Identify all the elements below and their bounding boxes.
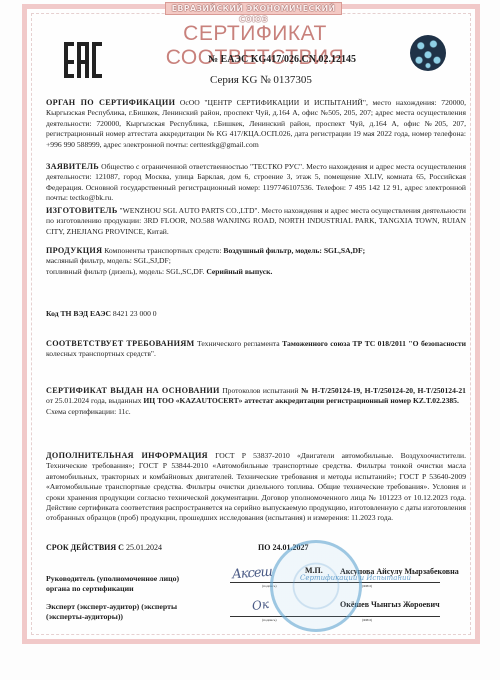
basis-text: Протоколов испытаний [222,386,298,395]
validity-from-date: 25.01.2024 [126,543,162,552]
official-stamp-icon [270,540,362,632]
section-lead: ДОПОЛНИТЕЛЬНАЯ ИНФОРМАЦИЯ [46,451,208,460]
caption-name: (ФИО) [362,618,372,622]
basis-date: от 25.01.2024 года, выданных [46,396,141,405]
product-line2: масляный фильтр, модель: SGL,SJ,DF; [46,256,171,265]
validity-to-label: ПО [258,543,270,552]
section-lead: СООТВЕТСТВУЕТ ТРЕБОВАНИЯМ [46,339,195,348]
seal-place-label: М.П. [305,566,323,575]
section-lead: ЗАЯВИТЕЛЬ [46,162,99,171]
eac-letter-e [64,42,74,78]
eac-logo-icon [64,42,102,78]
product-line3-bold: Серийный выпуск. [206,267,272,276]
product-line1: Компоненты транспортных средств: [104,246,221,255]
validity-from: СРОК ДЕЙСТВИЯ С 25.01.2024 [46,543,162,552]
expert-signatory-label: Эксперт (эксперт-аудитор) (эксперты (экс… [46,602,196,622]
caption-signature: (подпись) [262,618,277,622]
caption-name: (ФИО) [362,584,372,588]
eac-letter-a [77,42,89,78]
certificate-series: Серия KG № 0137305 [210,74,312,86]
basis-lab: ИЦ ТОО «KAZAUTOCERT» аттестат аккредитац… [143,396,459,405]
section-text: Общество с ограниченной ответственностью… [46,162,466,202]
head-signature: Аксеш [232,565,273,583]
section-issued-basis: СЕРТИФИКАТ ВЫДАН НА ОСНОВАНИИ Протоколов… [46,386,466,417]
basis-protocols: № Н-Т/250124-19, Н-Т/250124-20, Н-Т/2501… [301,386,466,395]
section-lead: ИЗГОТОВИТЕЛЬ [46,206,118,215]
certificate-number: № ЕАЭС KG417/026.CN.02.12145 [208,54,356,65]
section-certification-body: ОРГАН ПО СЕРТИФИКАЦИИ ОсОО "ЦЕНТР СЕРТИФ… [46,98,466,150]
conformity-text: Технического регламента [197,339,280,348]
eac-letter-c [92,42,102,78]
code-label: Код ТН ВЭД ЕАЭС [46,309,111,318]
product-line1-bold: Воздушный фильтр, модель: SGL,SA,DF; [223,246,365,255]
section-manufacturer: ИЗГОТОВИТЕЛЬ "WENZHOU SGL AUTO PARTS CO.… [46,206,466,237]
basis-scheme: Схема сертификации: 11с. [46,407,131,416]
product-line3: топливный фильтр (дизель), модель: SGL,S… [46,267,204,276]
code-value: 8421 23 000 0 [113,309,157,318]
section-additional-info: ДОПОЛНИТЕЛЬНАЯ ИНФОРМАЦИЯ ГОСТ Р 53837-2… [46,451,466,524]
section-lead: ОРГАН ПО СЕРТИФИКАЦИИ [46,98,175,107]
section-tnved-code: Код ТН ВЭД ЕАЭС 8421 23 000 0 [46,309,466,319]
section-conformity: СООТВЕТСТВУЕТ ТРЕБОВАНИЯМ Технического р… [46,339,466,360]
validity-from-label: СРОК ДЕЙСТВИЯ С [46,543,124,552]
section-product: ПРОДУКЦИЯ Компоненты транспортных средст… [46,246,466,277]
stamp-text: Сертификации и Испытаний [300,574,411,582]
section-lead: СЕРТИФИКАТ ВЫДАН НА ОСНОВАНИИ [46,386,220,395]
conformity-text-end: колесных транспортных средств". [46,349,156,358]
section-text: ГОСТ Р 53837-2010 «Двигатели автомобильн… [46,451,466,522]
union-banner: ЕВРАЗИЙСКИЙ ЭКОНОМИЧЕСКИЙ СОЮЗ [165,2,342,15]
expert-signature: Ок [251,597,270,613]
hologram-seal-icon [410,35,446,71]
head-signatory-label: Руководитель (уполномоченное лицо) орган… [46,574,196,594]
section-lead: ПРОДУКЦИЯ [46,246,102,255]
conformity-regulation: Таможенного союза ТР ТС 018/2011 "О безо… [282,339,466,348]
section-applicant: ЗАЯВИТЕЛЬ Общество с ограниченной ответс… [46,162,466,204]
